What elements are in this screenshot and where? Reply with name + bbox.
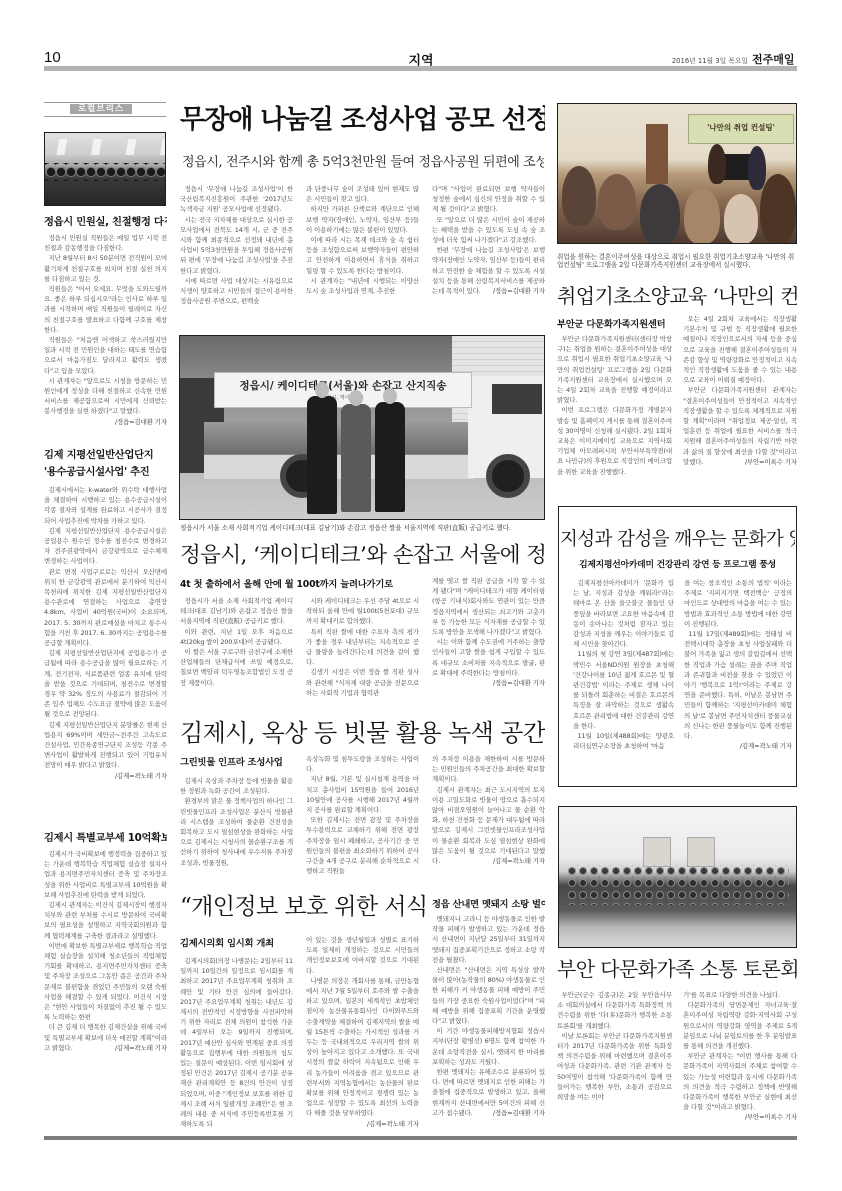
culture-col-1: 김제지평선아카데미가 '문화가 있는 날, 지성과 감성을 깨워라!'라는 테마…: [573, 578, 674, 772]
paragraph: 한편 멧돼지는 유해조수로 분류되어 있다. 면에 따르면 멧돼지로 인한 피해…: [432, 1067, 545, 1118]
council-story-col-1: 김제시의회(의장 나병문)는 2일부터 11일까지 10일간의 일정으로 임시회…: [180, 956, 293, 1130]
paragraph: 시는 전국 지자체를 대상으로 실시한 공모사업에서 전북도 14개 시, 군 …: [180, 215, 293, 276]
paragraph: 김제시의회(의장 나병문)는 2일부터 11일까지 10일간의 일정으로 임시회…: [180, 956, 293, 1129]
paragraph: 어 있는 것을 생년월일과 성별로 표기하도록 일제히 개정하는 것으로 시민들…: [306, 935, 419, 976]
paragraph: 김제시가 국비확보에 행정력을 집중하고 있는 가운데 행복학습 직업체험 실습…: [44, 849, 167, 900]
paragraph: 11월의 첫 강연 3일(제487회)에는 박민수 서울ND의원 원장을 초청해…: [573, 649, 674, 731]
footer-rule: [44, 1136, 797, 1140]
paragraph: 또한 김제시는 전면 광장 및 주차장을 투수블럭으로 교체하기 위해 전면 광…: [306, 815, 419, 876]
paragraph: 시와 케이디테크는 우선 주당 4t으로 시작하되 올해 안에 월100t(5천…: [306, 596, 419, 627]
byline: /김제=곽노태 기자: [362, 1119, 419, 1129]
door: [646, 124, 668, 184]
paragraph: 의 주차장 이용을 제한하여 시를 방문하는 민원인들의 주차공간을 최대한 확…: [432, 754, 545, 785]
paragraph: 김제 지평선일반산업단지에 공업용수가 공급됨에 따라 용수공급을 많이 필요로…: [44, 648, 167, 719]
job-story-col-2: 오는 4일 2회차 교육에서는 직장생활 기본수칙 및 규범 등 직장생활에 필…: [683, 314, 797, 476]
wheel: [486, 454, 530, 498]
kd-story-col-3: 계를 맺고 쌀 직판 공급을 시작 할 수 있게 됐다"며 "케이디테크가 대형…: [432, 576, 545, 700]
paragraph: 김제 지평선일반산업단지 용수공급시설은 공업용수 원수인 정수를 침전수로 변…: [44, 526, 167, 567]
paragraph: 정읍시 민원실 직원들은 매일 업무 시작 전 친절과 감동행정을 다짐한다.: [44, 233, 167, 253]
paragraph: 다문화가족의 당면문제인 자녀교육·결혼이주여성 자립역량 강화·지역사회 구성…: [683, 1000, 797, 1051]
instructor: [748, 146, 766, 190]
paragraph: 특히 직판 쌀에 대한 수요자 측의 평가가 좋을 경우 내년부터는 지속적으로…: [306, 627, 419, 668]
paragraph: 기'를 목표로 다양한 의견을 나눴다.: [683, 990, 797, 1000]
job-story-col-1: 부안군 다문화가족지원센터(센터장 박창구)는 취업을 원하는 결혼이주여성을 …: [557, 334, 672, 476]
issue-date: 2016년 11월 3일 목요일: [640, 55, 748, 65]
photo-forum-hall: [558, 806, 797, 948]
headline-privacy: “개인정보 보호 위한 서식 개정”: [180, 888, 425, 921]
main-subtitle: 정읍시, 전주시와 함께 총 5억3천만원 들여 정읍사공원 뒤편에 조성 예정: [182, 151, 544, 170]
article-civil-office-body: 정읍시 민원실 직원들은 매일 업무 시작 전 친절과 감동행정을 다짐한다.지…: [44, 233, 167, 437]
paragraph: 정읍시 '무장애 나눔길 조성사업'이 한국산림복지진흥원이 주관한 '2017…: [180, 184, 293, 215]
paragraph: 더 큰 김제 더 행복한 김제건설을 위해 국비 및 특별교부세 확보에 더욱 …: [44, 1022, 167, 1053]
paragraph: 다"며 "사업이 완료되면 보행 약자들이 청정한 숲에서 심신의 안정을 취할…: [432, 184, 545, 215]
paragraph: 이번에 확보한 특별교부세로 행복학습 직업체험 실습장을 설치해 청소년들의 …: [44, 941, 167, 1023]
byline: /김제=곽노태 기자: [110, 1043, 167, 1053]
paragraph: 과 단풍나무 숲이 조성돼 있어 현재도 많은 시민들이 찾고 있다.: [306, 184, 419, 204]
paragraph: 김제시 관계자는 이건식 김제시장이 행정자치부와 관련 부처를 수시로 방문하…: [44, 900, 167, 941]
person-head: [349, 390, 363, 406]
headline-special-grant: 김제시 특별교부세 10억확보 결실: [44, 829, 167, 844]
person-head: [315, 382, 329, 398]
kd-story-col-1: 정읍시가 서울 소재 사회적기업 케이디테크(대표 김남기)와 손잡고 정읍산 …: [180, 596, 293, 700]
paragraph: 직원들은 "어서 오세요. 무엇을 도와드릴까요. 좋은 하루 되십시오"라는 …: [44, 284, 167, 335]
rain-story-col-1: 김제시 옥상과 주차장 등에 빗물을 활용한 정원과 녹화 공간이 조성된다.환…: [180, 776, 293, 880]
subhead-industrial-complex: '용수공급시설사업' 추진: [44, 463, 167, 478]
person: [341, 404, 371, 512]
newspaper-page: 10 지역 2016년 11월 3일 목요일 전주매일 로컬브리스 정읍시 민원…: [0, 0, 842, 1191]
byline: /김제=곽노태 기자: [488, 856, 545, 866]
paragraph: 관로 변경 사업구로로는 익산시 오산면에 위치 한 금강광역 관로에서 분기하…: [44, 567, 167, 649]
kd-story-col-2: 시와 케이디테크는 우선 주당 4t으로 시작하되 올해 안에 월100t(5천…: [306, 596, 419, 700]
forum-col-2: 기'를 목표로 다양한 의견을 나눴다.다문화가족의 당면문제인 자녀교육·결혼…: [683, 990, 797, 1130]
paragraph: 부안군(군수 김종규)은 2일 부안읍사무소 대회의실에서 다문화가족 특화정책…: [557, 990, 672, 1031]
paragraph: 산내면은 "산내면은 지역 특성상 밭작물이 많아(농작물의 80%) 야생동물…: [432, 965, 545, 1026]
subhead-job-consulting: 부안군 다문화가족지원센터: [557, 316, 672, 330]
page-number: 10: [44, 49, 61, 66]
truck-banner-text: 정읍시/ 케이디테크(서울)와 손잡고 산지직송: [215, 373, 471, 395]
door: [643, 837, 671, 867]
main-story-col-3: 다"며 "사업이 완료되면 보행 약자들이 청정한 숲에서 심신의 안정을 취할…: [432, 184, 545, 316]
paragraph: 또 "앞으로 더 많은 시민이 숲이 제공하는 혜택을 받을 수 있도록 도심 …: [432, 215, 545, 246]
ceiling-lights: [45, 139, 165, 155]
class-banner: '나만의 취업 컨설팅': [688, 114, 794, 144]
photo-job-class: '나만의 취업 컨설팅': [557, 103, 797, 244]
person: [375, 402, 405, 512]
paragraph: 지난 8월, 기본 및 실시설계 용역을 마치고 총사업비 15억원을 들여 2…: [306, 774, 419, 815]
header-rule: [44, 66, 797, 71]
paragraph: 이 쌀은 서울 구로구와 금천구에 소재한 산업체들의 단체급식에 쓰일 예정으…: [180, 647, 293, 688]
truck-banner: 정읍시/ 케이디테크(서울)와 손잡고 산지직송 정읍시, 케이디테크: [214, 372, 472, 408]
headline-kd-rice: 정읍시, ‘케이디테크’와 손잡고 서울에 정읍쌀 직판 공급: [180, 538, 546, 569]
byline: /정읍=김대환 기자: [488, 286, 545, 296]
paragraph: 나병문 의장은 개회사를 통해, 금만농협에서 지난 7월 5일부터 호주와 쌀…: [306, 976, 419, 1119]
paragraph: 오는 4일 2회차 교육에서는 직장생활 기본수칙 및 규범 등 직장생활에 필…: [683, 314, 797, 385]
paragraph: 직원들은 "처음엔 어색하고 쑥스러웠지만 일과 시작 전 민원인을 대하는 태…: [44, 335, 167, 376]
person: [307, 396, 337, 514]
paragraph: 김생기 시장은 이번 정읍 쌀 직판 성사와 관련해 "식자재 대량 공급을 전…: [306, 667, 419, 698]
byline: /부안=이록수 기자: [740, 457, 797, 467]
paragraph: 부안군 다문화가족지원센터(센터장 박창구)는 취업을 원하는 결혼이주여성을 …: [557, 334, 672, 405]
paragraph: 이와 관련, 지난 1일 오후 처음으로 4t(20kg 쌀이 200포대)이 …: [180, 627, 293, 647]
student: [684, 188, 720, 244]
headline-rainwater: 김제시, 옥상 등 빗물 활용 녹색 공간 만들기: [180, 713, 545, 748]
article-special-grant-body: 김제시가 국비확보에 행정력을 집중하고 있는 가운데 행복학습 직업체험 실습…: [44, 849, 167, 1129]
paragraph: 김제시 옥상과 주차장 등에 빗물을 활용한 정원과 녹화 공간이 조성된다.: [180, 776, 293, 796]
caption-rice-truck: 정읍시가 서울 소재 사회적기업 케이디테크(대표 김남기)와 손잡고 정읍산 …: [180, 524, 545, 532]
paragraph: 김제 지평선일반산업단지 분양률은 현재 산업용지 69%이며 새만금~전주간 …: [44, 720, 167, 771]
paragraph: 하지만 가파른 산책로와 계단으로 인해 보행 약자(장애인, 노약자, 임산부…: [306, 204, 419, 235]
paragraph: 이번 프로그램은 다문화가정 개별문자 발송 및 홈페이지 게시를 통해 결혼이…: [557, 405, 672, 476]
class-banner-text: '나만의 취업 컨설팅': [689, 115, 793, 135]
byline: /정읍=김대환 기자: [110, 417, 167, 427]
paragraph: 시 관계자는 "앞으로도 시청을 방문하는 민원인에게 정성을 다해 친절하고 …: [44, 376, 167, 417]
paragraph: 김제시 관계자는 최근 도시지역의 토지 이용 고밀도화로 빗물이 땅으로 흡수…: [432, 785, 545, 867]
truck-window: [492, 384, 542, 414]
subhead-culture-day: 김제지평선아카데미 건강관리 강연 등 프로그램 풍성: [560, 557, 795, 570]
byline: /김제=곽노태 기자: [110, 771, 167, 781]
subhead-council: 김제시의회 임시회 개최: [180, 935, 300, 949]
staff-group: [45, 163, 165, 181]
byline: /부안=이록수 기자: [740, 1112, 797, 1122]
door: [687, 837, 715, 867]
rice-cargo: [204, 422, 474, 454]
paragraph: 김제지평선아카데미가 '문화가 있는 날, 지성과 감성을 깨워라!'라는 테마…: [573, 578, 674, 649]
truck-banner-subtext: 정읍시, 케이디테크: [215, 395, 471, 401]
paragraph: 시 관계자는 "내년에 시행되는 이양산 도시 숲 조성사업과 연계, 추진한: [306, 276, 419, 296]
headline-civil-office: 정읍시 민원실, 친절행정 다짐: [44, 213, 167, 228]
paragraph: 정읍시가 서울 소재 사회적기업 케이디테크(대표 김남기)와 손잡고 정읍산 …: [180, 596, 293, 627]
photo-rice-truck: 정읍시/ 케이디테크(서울)와 손잡고 산지직송 정읍시, 케이디테크: [179, 335, 545, 520]
student: [724, 194, 758, 244]
paragraph: 을 여는 창조적인 소통의 법칙' 이라는 주제로 '지피지기면 백전백승' 긍…: [684, 578, 792, 629]
paragraph: 김제시에서는 k-water와 위수탁 대행사업을 체결하여 시행하고 있는 용…: [44, 485, 167, 526]
paragraph: 이에 따라 시는 목재 데크와 숲 속 쉼터 등을 조성함으로써 보행약자들이 …: [306, 235, 419, 276]
instructor: [708, 144, 726, 184]
caption-job-class: 취업을 원하는 결혼이주여성을 대상으로 취업시 필요한 취업기초소양교육 '나…: [557, 253, 797, 269]
main-story-col-2: 과 단풍나무 숲이 조성돼 있어 현재도 많은 시민들이 찾고 있다.하지만 가…: [306, 184, 419, 316]
article-industrial-complex-body: 김제시에서는 k-water와 위수탁 대행사업을 체결하여 시행하고 있는 용…: [44, 485, 167, 809]
council-story-col-2: 어 있는 것을 생년월일과 성별로 표기하도록 일제히 개정하는 것으로 시민들…: [306, 935, 419, 1130]
headline-boar-hunt: 정읍 산내면 멧돼지 소탕 벌여: [432, 896, 545, 910]
headline-forum: 부안 다문화가족 소통 토론회 개최: [557, 953, 797, 982]
paragraph: 계를 맺고 쌀 직판 공급을 시작 할 수 있게 됐다"며 "케이디테크가 대형…: [432, 576, 545, 637]
paragraph: 지난 8월부터 8시 50분이면 전직원이 모여 활기차게 친절구호를 외치며 …: [44, 253, 167, 284]
rain-story-col-2: 옥상녹화 및 침투도랑을 조성하는 사업이다.지난 8월, 기본 및 실시설계 …: [306, 754, 419, 880]
truck-bed-side: [204, 454, 474, 479]
paragraph: 11월 17일(제489회)에는 정태성 비전택시대학 총장을 초청 사업실패와…: [684, 629, 792, 741]
paragraph: 부안군 다문화가족지원센터 관계자는 "결혼이주여성들이 안정적이고 지속적인 …: [683, 385, 797, 467]
boar-story-body: 멧돼지나 고라니 등 야생동물로 인한 밭작물 피해가 발생하고 있는 가운데 …: [432, 914, 545, 1130]
paragraph: 시에 따르면 사업 대상지는 시유림으로 식생이 양호하고 시민들의 접근이 용…: [180, 276, 293, 307]
local-brief-label: 로컬브리스: [70, 104, 132, 114]
byline: /정읍=김대환 기자: [488, 678, 545, 688]
paragraph: 환경부의 맑은 물 정책사업의 하나인 그린빗물인프라 조성사업은 분산식 빗물…: [180, 796, 293, 867]
paragraph: 부안군 관계자는 "이번 행사를 통해 다문화가족이 지역사회의 주체로 참여할…: [683, 1051, 797, 1112]
paragraph: 멧돼지나 고라니 등 야생동물로 인한 밭작물 피해가 발생하고 있는 가운데 …: [432, 914, 545, 965]
main-story-col-1: 정읍시 '무장애 나눔길 조성사업'이 한국산림복지진흥원이 주관한 '2017…: [180, 184, 293, 316]
subhead-kd-rice: 4t 첫 출하에서 올해 안에 월 100t까지 늘려나가기로: [180, 576, 425, 590]
headline-job-consulting: 취업기초소양교육 ‘나만의 컨설팅’ 진행: [557, 280, 797, 309]
culture-col-2: 을 여는 창조적인 소통의 법칙' 이라는 주제로 '지피지기면 백전백승' 긍…: [684, 578, 792, 772]
byline: /김제=곽노태 기자: [735, 741, 792, 751]
paper-name: 전주매일: [752, 51, 795, 67]
paragraph: 옥상녹화 및 침투도랑을 조성하는 사업이다.: [306, 754, 419, 774]
person-head: [383, 388, 397, 404]
student: [562, 166, 596, 226]
headline-culture-day: 지성과 감성을 깨우는 문화가 있는날: [560, 525, 795, 551]
paragraph: 시는 이와 함께 수도권에 거주하는 출향인사들이 고향 쌀을 쉽게 구입할 수…: [432, 637, 545, 678]
photo-civil-office-staff: [44, 132, 166, 206]
paragraph: 이 기간 야생동물피해방지협회 정읍시지부(단장 황병선) 6명도 함께 참여한…: [432, 1026, 545, 1067]
paragraph: 11월 10일(제488회)에는 양광호 리더십연구소장을 초청하여 '마음: [573, 731, 674, 751]
main-headline: 무장애 나눔길 조성사업 공모 선정: [180, 99, 545, 136]
student: [598, 174, 636, 230]
rain-story-col-3: 의 주차장 이용을 제한하여 시를 방문하는 민원인들의 주차공간을 최대한 확…: [432, 754, 545, 880]
headline-industrial-complex: 김제 지평선일반산업단지: [44, 446, 167, 461]
student: [760, 174, 796, 244]
paragraph: 이날 토론회는 부안군 다문화가족지원센터가 2017년 다문화가족을 위한 특…: [557, 1031, 672, 1102]
paragraph: 한편 '무장애 나눔길 조성사업'은 보행 약자(장애인 노약자, 임산부 등)…: [432, 245, 545, 296]
forum-participants: [567, 865, 789, 905]
byline: /정읍=김대환 기자: [488, 1108, 545, 1118]
forum-col-1: 부안군(군수 김종규)은 2일 부안읍사무소 대회의실에서 다문화가족 특화정책…: [557, 990, 672, 1130]
subhead-rainwater: 그린빗물 인프라 조성사업: [180, 754, 300, 768]
student: [640, 184, 680, 244]
